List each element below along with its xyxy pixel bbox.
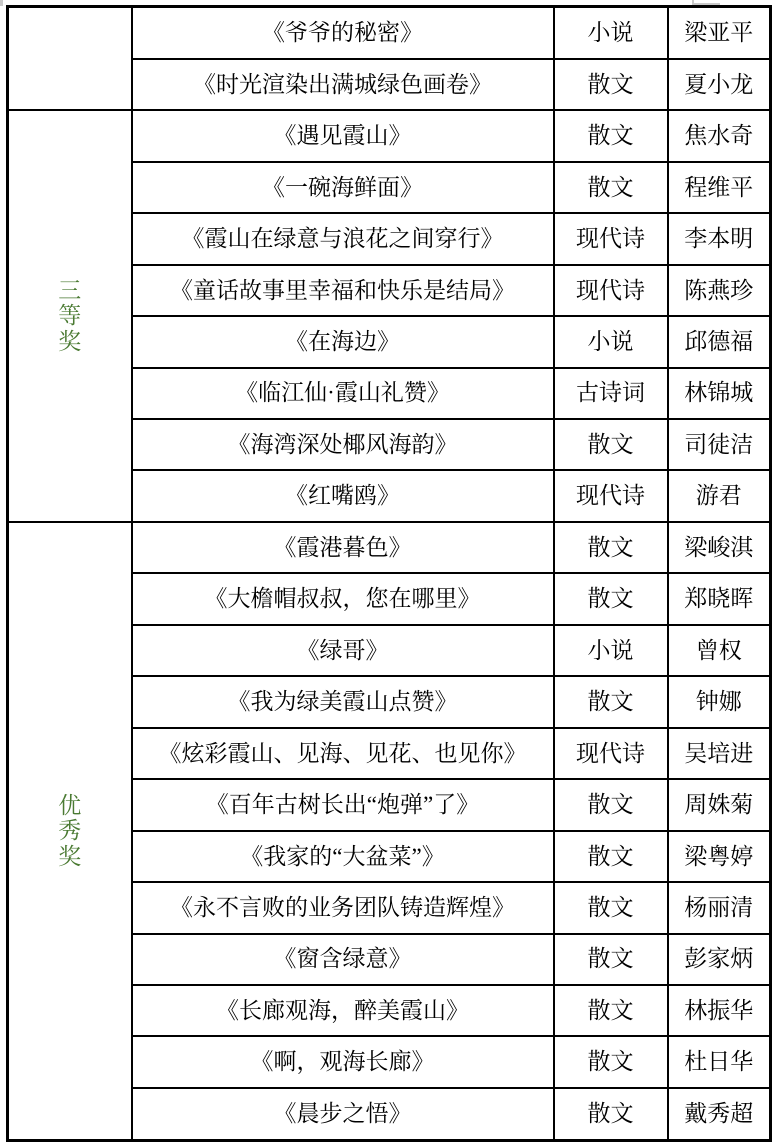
author-cell: 李本明 bbox=[668, 213, 771, 264]
title-cell: 《炫彩霞山、见海、见花、也见你》 bbox=[132, 728, 554, 779]
genre-cell: 散文 bbox=[554, 162, 668, 213]
title-cell: 《童话故事里幸福和快乐是结局》 bbox=[132, 265, 554, 316]
author-cell: 游君 bbox=[668, 470, 771, 521]
author-cell: 梁粤婷 bbox=[668, 831, 771, 882]
author-cell: 吴培进 bbox=[668, 728, 771, 779]
genre-cell: 小说 bbox=[554, 7, 668, 59]
title-cell: 《永不言败的业务团队铸造辉煌》 bbox=[132, 882, 554, 933]
author-cell: 司徒洁 bbox=[668, 419, 771, 470]
title-cell: 《红嘴鸥》 bbox=[132, 470, 554, 521]
genre-cell: 小说 bbox=[554, 316, 668, 367]
author-cell: 邱德福 bbox=[668, 316, 771, 367]
author-cell: 钟娜 bbox=[668, 676, 771, 727]
genre-cell: 散文 bbox=[554, 522, 668, 573]
title-cell: 《爷爷的秘密》 bbox=[132, 7, 554, 59]
title-cell: 《我为绿美霞山点赞》 bbox=[132, 676, 554, 727]
genre-cell: 散文 bbox=[554, 1036, 668, 1087]
title-cell: 《在海边》 bbox=[132, 316, 554, 367]
genre-cell: 散文 bbox=[554, 573, 668, 624]
author-cell: 戴秀超 bbox=[668, 1088, 771, 1141]
genre-cell: 现代诗 bbox=[554, 265, 668, 316]
award-category-cell bbox=[8, 7, 132, 111]
author-cell: 林锦城 bbox=[668, 368, 771, 419]
genre-cell: 现代诗 bbox=[554, 728, 668, 779]
title-cell: 《霞港暮色》 bbox=[132, 522, 554, 573]
award-category-cell: 三等奖 bbox=[8, 110, 132, 522]
author-cell: 梁峻淇 bbox=[668, 522, 771, 573]
genre-cell: 古诗词 bbox=[554, 368, 668, 419]
title-cell: 《啊，观海长廊》 bbox=[132, 1036, 554, 1087]
genre-cell: 散文 bbox=[554, 1088, 668, 1141]
title-cell: 《一碗海鲜面》 bbox=[132, 162, 554, 213]
title-cell: 《霞山在绿意与浪花之间穿行》 bbox=[132, 213, 554, 264]
genre-cell: 散文 bbox=[554, 419, 668, 470]
author-cell: 郑晓晖 bbox=[668, 573, 771, 624]
genre-cell: 散文 bbox=[554, 110, 668, 161]
table-row: 《爷爷的秘密》小说梁亚平 bbox=[8, 7, 771, 59]
award-category-cell: 优秀奖 bbox=[8, 522, 132, 1141]
author-cell: 杜日华 bbox=[668, 1036, 771, 1087]
genre-cell: 散文 bbox=[554, 831, 668, 882]
title-cell: 《百年古树长出“炮弹”了》 bbox=[132, 779, 554, 830]
genre-cell: 现代诗 bbox=[554, 470, 668, 521]
author-cell: 夏小龙 bbox=[668, 59, 771, 110]
author-cell: 周姝菊 bbox=[668, 779, 771, 830]
title-cell: 《晨步之悟》 bbox=[132, 1088, 554, 1141]
table-row: 三等奖《遇见霞山》散文焦水奇 bbox=[8, 110, 771, 161]
genre-cell: 散文 bbox=[554, 985, 668, 1036]
genre-cell: 散文 bbox=[554, 779, 668, 830]
awards-table: 《爷爷的秘密》小说梁亚平《时光渲染出满城绿色画卷》散文夏小龙三等奖《遇见霞山》散… bbox=[6, 5, 772, 1142]
author-cell: 曾权 bbox=[668, 625, 771, 676]
title-cell: 《时光渲染出满城绿色画卷》 bbox=[132, 59, 554, 110]
title-cell: 《临江仙·霞山礼赞》 bbox=[132, 368, 554, 419]
title-cell: 《海湾深处椰风海韵》 bbox=[132, 419, 554, 470]
author-cell: 林振华 bbox=[668, 985, 771, 1036]
author-cell: 彭家炳 bbox=[668, 934, 771, 985]
title-cell: 《我家的“大盆菜”》 bbox=[132, 831, 554, 882]
awards-table-body: 《爷爷的秘密》小说梁亚平《时光渲染出满城绿色画卷》散文夏小龙三等奖《遇见霞山》散… bbox=[8, 7, 771, 1141]
document-page: 《爷爷的秘密》小说梁亚平《时光渲染出满城绿色画卷》散文夏小龙三等奖《遇见霞山》散… bbox=[0, 0, 778, 1148]
author-cell: 焦水奇 bbox=[668, 110, 771, 161]
title-cell: 《长廊观海，醉美霞山》 bbox=[132, 985, 554, 1036]
author-cell: 杨丽清 bbox=[668, 882, 771, 933]
author-cell: 程维平 bbox=[668, 162, 771, 213]
title-cell: 《窗含绿意》 bbox=[132, 934, 554, 985]
genre-cell: 散文 bbox=[554, 676, 668, 727]
genre-cell: 现代诗 bbox=[554, 213, 668, 264]
genre-cell: 散文 bbox=[554, 934, 668, 985]
author-cell: 梁亚平 bbox=[668, 7, 771, 59]
crop-artifact-top-left bbox=[0, 0, 3, 6]
award-category-label: 优秀奖 bbox=[57, 793, 82, 869]
genre-cell: 散文 bbox=[554, 882, 668, 933]
table-row: 优秀奖《霞港暮色》散文梁峻淇 bbox=[8, 522, 771, 573]
title-cell: 《绿哥》 bbox=[132, 625, 554, 676]
title-cell: 《遇见霞山》 bbox=[132, 110, 554, 161]
genre-cell: 散文 bbox=[554, 59, 668, 110]
genre-cell: 小说 bbox=[554, 625, 668, 676]
author-cell: 陈燕珍 bbox=[668, 265, 771, 316]
award-category-label: 三等奖 bbox=[57, 278, 82, 354]
title-cell: 《大檐帽叔叔，您在哪里》 bbox=[132, 573, 554, 624]
